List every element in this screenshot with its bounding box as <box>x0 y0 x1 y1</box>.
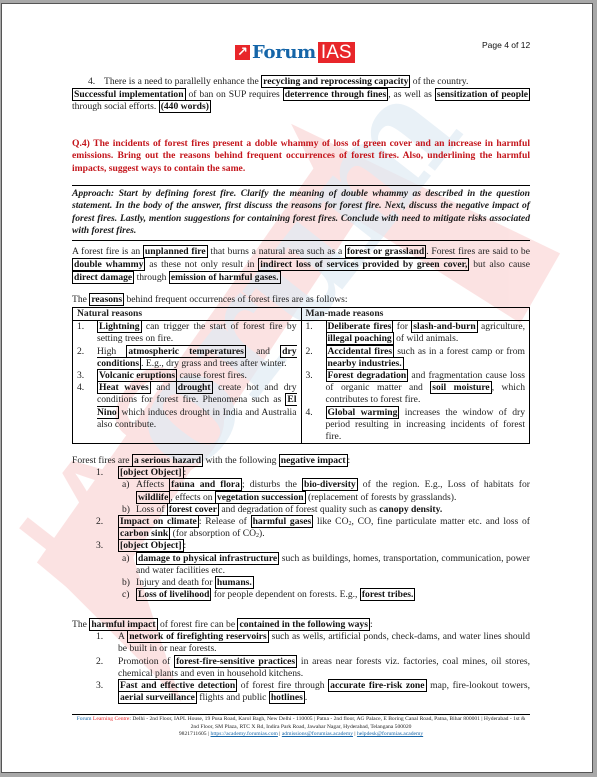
table-list-item: 2.High atmospheric temperatures and dry … <box>77 346 297 370</box>
table-list-item: 1.Deliberate fires for slash-and-burn ag… <box>306 321 526 345</box>
approach-box: Approach: Start by defining forest fire.… <box>72 185 530 241</box>
list-item: 2.Promotion of forest-fire-sensitive pra… <box>72 656 530 680</box>
forumias-logo: ↗ Forum IAS <box>235 42 355 63</box>
list-item: 1.[object Object]: <box>72 467 530 479</box>
reasons-table-wrap: Natural reasons Man-made reasons 1.Light… <box>72 307 530 444</box>
logo-arrow-icon: ↗ <box>235 45 250 60</box>
highlight-box: direct damage <box>72 271 134 284</box>
logo-forum-text: Forum <box>252 43 316 63</box>
admissions-email-link[interactable]: admissions@forumias.academy <box>282 731 353 737</box>
highlight-box: emission of harmful gases. <box>169 271 281 284</box>
list-item: 1.A network of firefighting reservoirs s… <box>72 631 530 655</box>
list-item: 3.Fast and effective detection of forest… <box>72 680 530 704</box>
reasons-table: Natural reasons Man-made reasons 1.Light… <box>72 307 530 444</box>
previous-answer-tail: 4. There is a need to parallelly enhance… <box>72 76 530 114</box>
table-header-natural: Natural reasons <box>73 308 302 321</box>
footer: Forum Learning Centre: Delhi - 2nd Floor… <box>72 716 530 739</box>
list-item: 4. There is a need to parallelly enhance… <box>72 76 530 88</box>
page-indicator: Page 4 of 12 <box>482 40 530 50</box>
manmade-reasons-cell: 1.Deliberate fires for slash-and-burn ag… <box>301 321 530 444</box>
footer-divider <box>72 714 530 715</box>
highlight-box: unplanned fire <box>143 245 208 258</box>
highlight-box: deterrence through fines <box>283 88 388 101</box>
list-item: a)Affects fauna and flora; disturbs the … <box>72 479 530 503</box>
list-item: a)damage to physical infrastructure such… <box>72 553 530 577</box>
table-list-item: 1.Lightning can trigger the start of for… <box>77 321 297 345</box>
highlight-box: forest or grassland <box>345 245 426 258</box>
highlight-box: double whammy <box>72 258 145 271</box>
website-link[interactable]: https://academy.forumias.com <box>211 731 278 737</box>
footer-addresses: Delhi - 2nd Floor, IAPL House, 19 Pusa R… <box>132 716 525 730</box>
highlight-box: recycling and reprocessing capacity <box>261 75 410 88</box>
impacts-section: Forest fires are a serious hazard with t… <box>72 455 530 601</box>
natural-reasons-cell: 1.Lightning can trigger the start of for… <box>73 321 302 444</box>
highlight-box: indirect loss of services provided by gr… <box>258 258 469 271</box>
highlight-box: Successful implementation <box>72 88 186 101</box>
document-page: IAS orum ↗ Forum IAS Page 4 of 12 4. The… <box>1 3 593 773</box>
table-list-item: 2.Accidental fires such as in a forest c… <box>306 346 526 370</box>
footer-phone: 9821711605 <box>179 731 207 737</box>
highlight-box: reasons <box>89 293 124 306</box>
table-header-manmade: Man-made reasons <box>301 308 530 321</box>
logo-ias-text: IAS <box>318 42 355 63</box>
table-list-item: 3.Forest degradation and fragmentation c… <box>306 370 526 407</box>
table-list-item: 4.Heat waves and drought create hot and … <box>77 382 297 431</box>
highlight-box: sensitization of people <box>435 88 530 101</box>
list-item: c)Loss of livelihood for people dependen… <box>72 589 530 601</box>
reasons-intro: The reasons behind frequent occurrences … <box>72 294 530 306</box>
list-item: 2.Impact on climate: Release of harmful … <box>72 516 530 540</box>
table-list-item: 4.Global warming increases the window of… <box>306 407 526 444</box>
intro-paragraph: A forest fire is an unplanned fire that … <box>72 245 530 285</box>
question-text: Q.4) The incidents of forest fires prese… <box>72 138 530 175</box>
word-count-box: (440 words) <box>159 100 211 113</box>
containment-section: The harmful impact of forest fire can be… <box>72 619 530 704</box>
list-item: 3.[object Object]: <box>72 540 530 552</box>
helpdesk-email-link[interactable]: helpdesk@forumias.academy <box>357 731 423 737</box>
paragraph: Successful implementation of ban on SUP … <box>72 89 530 113</box>
